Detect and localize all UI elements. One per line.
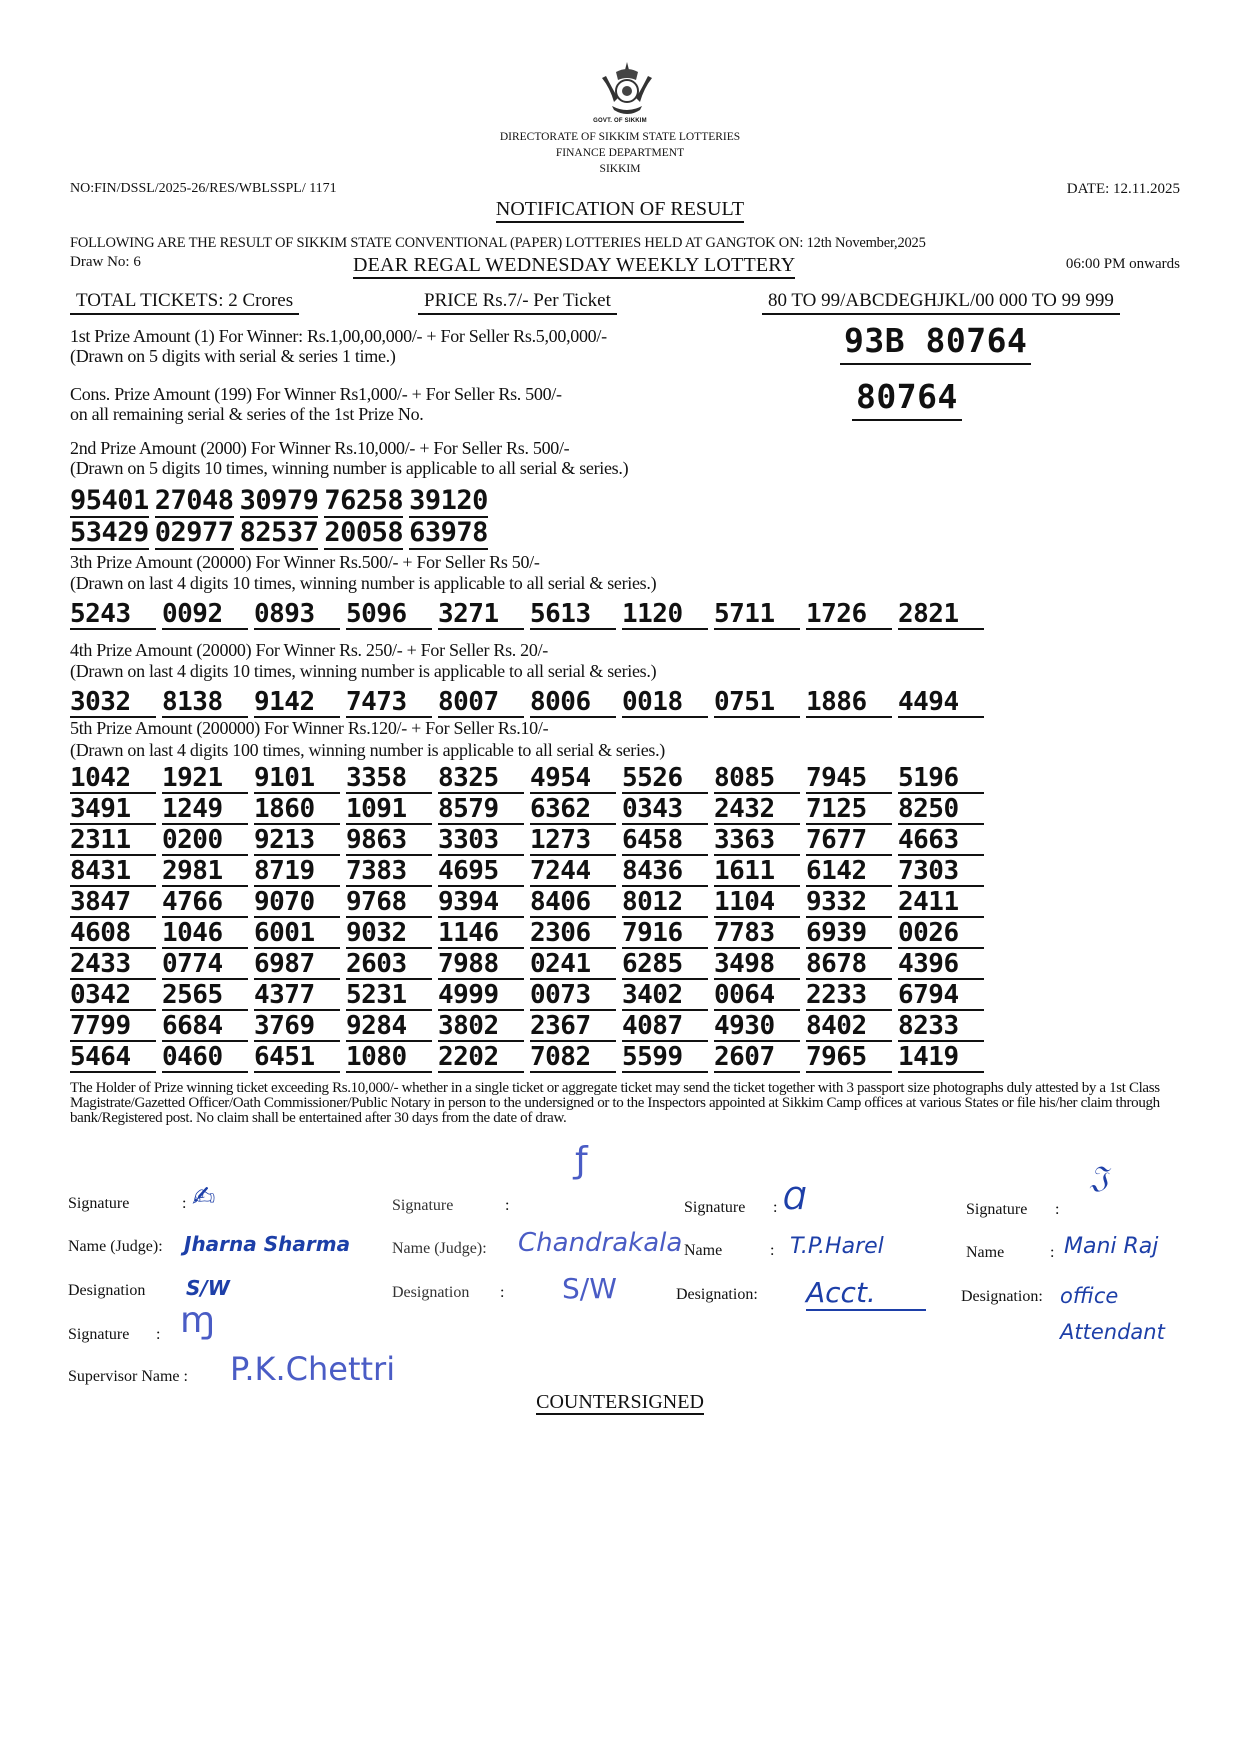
fourth-prize-note: (Drawn on last 4 digits 10 times, winnin… <box>70 661 656 681</box>
winning-number: 6458 <box>622 827 708 856</box>
winning-number: 0342 <box>70 982 156 1011</box>
winning-number: 7473 <box>346 689 432 718</box>
second-prize-row: 9540127048309797625839120 <box>70 487 488 518</box>
winning-number: 4608 <box>70 920 156 949</box>
winning-number: 8579 <box>438 796 524 825</box>
first-prize-number: 93B 80764 <box>840 322 1031 365</box>
signature-mark-2: ƒ <box>575 1140 588 1181</box>
winning-number: 8250 <box>898 796 984 825</box>
winning-number: 5243 <box>70 601 156 630</box>
name-value-3: T.P.Harel <box>790 1234 884 1259</box>
winning-number: 6001 <box>254 920 340 949</box>
winning-number: 1104 <box>714 889 800 918</box>
winning-number: 0751 <box>714 689 800 718</box>
winning-number: 4766 <box>162 889 248 918</box>
second-prize-desc: 2nd Prize Amount (2000) For Winner Rs.10… <box>70 438 569 458</box>
winning-number: 3363 <box>714 827 800 856</box>
winning-number: 6939 <box>806 920 892 949</box>
department: FINANCE DEPARTMENT <box>0 147 1240 159</box>
winning-number: 8431 <box>70 858 156 887</box>
cons-prize-number: 80764 <box>852 378 962 421</box>
winning-number: 0343 <box>622 796 708 825</box>
winning-number: 0073 <box>530 982 616 1011</box>
name-value-4: Mani Raj <box>1064 1234 1158 1259</box>
colon: : <box>1055 1201 1059 1219</box>
desig-label-2: Designation <box>392 1284 469 1302</box>
winning-number: 9284 <box>346 1013 432 1042</box>
winning-number: 6794 <box>898 982 984 1011</box>
signature-mark-1: ✍ <box>192 1180 215 1213</box>
first-prize-desc: 1st Prize Amount (1) For Winner: Rs.1,00… <box>70 326 607 346</box>
winning-number: 39120 <box>409 487 488 518</box>
reference-number: NO:FIN/DSSL/2025-26/RES/WBLSSPL/ 1171 <box>70 181 337 197</box>
sig-label-3: Signature <box>684 1199 745 1217</box>
winning-number: 1611 <box>714 858 800 887</box>
lottery-name: DEAR REGAL WEDNESDAY WEEKLY LOTTERY <box>353 253 795 279</box>
winning-number: 2202 <box>438 1044 524 1073</box>
winning-number: 3847 <box>70 889 156 918</box>
colon: : <box>182 1195 186 1213</box>
cons-prize-desc: Cons. Prize Amount (199) For Winner Rs1,… <box>70 384 562 404</box>
winning-number: 2233 <box>806 982 892 1011</box>
winning-number: 8012 <box>622 889 708 918</box>
name-value-1: Jharna Sharma <box>184 1232 350 1256</box>
winning-number: 63978 <box>409 519 488 550</box>
winning-number: 30979 <box>240 487 319 518</box>
desig-value-4: office Attendant <box>1060 1278 1190 1350</box>
winning-number: 8325 <box>438 765 524 794</box>
claim-note: The Holder of Prize winning ticket excee… <box>70 1081 1180 1126</box>
winning-number: 1249 <box>162 796 248 825</box>
winning-number: 1146 <box>438 920 524 949</box>
winning-number: 3769 <box>254 1013 340 1042</box>
govt-label: GOVT. OF SIKKIM <box>0 118 1240 124</box>
winning-number: 2603 <box>346 951 432 980</box>
winning-number: 1120 <box>622 601 708 630</box>
winning-number: 6987 <box>254 951 340 980</box>
draw-info: FOLLOWING ARE THE RESULT OF SIKKIM STATE… <box>70 235 926 252</box>
winning-number: 2607 <box>714 1044 800 1073</box>
supervisor-name-value: P.K.Chettri <box>230 1350 395 1388</box>
winning-number: 1726 <box>806 601 892 630</box>
desig-value-1: S/W <box>186 1276 230 1300</box>
winning-number: 0460 <box>162 1044 248 1073</box>
winning-number: 4999 <box>438 982 524 1011</box>
fifth-prize-grid: 1042192191013358832549545526808579455196… <box>70 765 984 1073</box>
winning-number: 3303 <box>438 827 524 856</box>
winning-number: 5613 <box>530 601 616 630</box>
winning-number: 1042 <box>70 765 156 794</box>
winning-number: 4396 <box>898 951 984 980</box>
winning-number: 8719 <box>254 858 340 887</box>
winning-number: 2565 <box>162 982 248 1011</box>
sig-label-2: Signature <box>392 1197 453 1215</box>
winning-number: 5526 <box>622 765 708 794</box>
series-range: 80 TO 99/ABCDEGHJKL/00 000 TO 99 999 <box>762 289 1120 315</box>
winning-number: 8085 <box>714 765 800 794</box>
winning-number: 4930 <box>714 1013 800 1042</box>
winning-number: 9332 <box>806 889 892 918</box>
winning-number: 7945 <box>806 765 892 794</box>
winning-number: 2981 <box>162 858 248 887</box>
winning-number: 7916 <box>622 920 708 949</box>
winning-number: 6285 <box>622 951 708 980</box>
winning-number: 5464 <box>70 1044 156 1073</box>
colon: : <box>773 1199 777 1217</box>
winning-number: 7244 <box>530 858 616 887</box>
winning-number: 53429 <box>70 519 149 550</box>
fifth-prize-note: (Drawn on last 4 digits 100 times, winni… <box>70 740 665 760</box>
winning-number: 8233 <box>898 1013 984 1042</box>
colon: : <box>505 1197 509 1215</box>
third-prize-row: 5243009208935096327156131120571117262821 <box>70 601 984 630</box>
winning-number: 3402 <box>622 982 708 1011</box>
winning-number: 3491 <box>70 796 156 825</box>
colon: : <box>770 1242 774 1260</box>
winning-number: 9863 <box>346 827 432 856</box>
winning-number: 1419 <box>898 1044 984 1073</box>
winning-number: 0200 <box>162 827 248 856</box>
winning-number: 9070 <box>254 889 340 918</box>
supervisor-name-label: Supervisor Name : <box>68 1368 188 1386</box>
winning-number: 9101 <box>254 765 340 794</box>
ticket-price: PRICE Rs.7/- Per Ticket <box>418 289 617 315</box>
winning-number: 1860 <box>254 796 340 825</box>
winning-number: 7783 <box>714 920 800 949</box>
winning-number: 4494 <box>898 689 984 718</box>
winning-number: 8007 <box>438 689 524 718</box>
winning-number: 5096 <box>346 601 432 630</box>
winning-number: 02977 <box>155 519 234 550</box>
winning-number: 1273 <box>530 827 616 856</box>
third-prize-note: (Drawn on last 4 digits 10 times, winnin… <box>70 573 656 593</box>
winning-number: 4087 <box>622 1013 708 1042</box>
total-tickets: TOTAL TICKETS: 2 Crores <box>70 289 299 315</box>
winning-number: 1091 <box>346 796 432 825</box>
winning-number: 7383 <box>346 858 432 887</box>
winning-number: 0893 <box>254 601 340 630</box>
winning-number: 5196 <box>898 765 984 794</box>
colon: : <box>1050 1244 1054 1262</box>
second-prize-note: (Drawn on 5 digits 10 times, winning num… <box>70 458 628 478</box>
desig-label-1: Designation <box>68 1282 145 1300</box>
winning-number: 1046 <box>162 920 248 949</box>
winning-number: 8678 <box>806 951 892 980</box>
winning-number: 7677 <box>806 827 892 856</box>
sig-label-4: Signature <box>966 1201 1027 1219</box>
desig-value-2: S/W <box>562 1272 617 1305</box>
winning-number: 3032 <box>70 689 156 718</box>
state: SIKKIM <box>0 163 1240 175</box>
winning-number: 0241 <box>530 951 616 980</box>
name-value-2: Chandrakala <box>518 1228 682 1258</box>
page-title: NOTIFICATION OF RESULT <box>0 198 1240 221</box>
winning-number: 8436 <box>622 858 708 887</box>
winning-number: 8402 <box>806 1013 892 1042</box>
winning-number: 20058 <box>324 519 403 550</box>
winning-number: 2306 <box>530 920 616 949</box>
winning-number: 5711 <box>714 601 800 630</box>
winning-number: 9213 <box>254 827 340 856</box>
winning-number: 95401 <box>70 487 149 518</box>
winning-number: 9394 <box>438 889 524 918</box>
winning-number: 0026 <box>898 920 984 949</box>
winning-number: 0064 <box>714 982 800 1011</box>
winning-number: 8138 <box>162 689 248 718</box>
winning-number: 2411 <box>898 889 984 918</box>
winning-number: 2433 <box>70 951 156 980</box>
winning-number: 1921 <box>162 765 248 794</box>
second-prize-row: 5342902977825372005863978 <box>70 519 488 550</box>
winning-number: 2821 <box>898 601 984 630</box>
winning-number: 7799 <box>70 1013 156 1042</box>
winning-number: 9768 <box>346 889 432 918</box>
winning-number: 4695 <box>438 858 524 887</box>
desig-label-4: Designation: <box>961 1288 1043 1306</box>
winning-number: 6451 <box>254 1044 340 1073</box>
name-label-1: Name (Judge): <box>68 1238 163 1256</box>
sikkim-emblem-icon <box>596 58 658 120</box>
draw-number: Draw No: 6 <box>70 254 141 271</box>
winning-number: 5231 <box>346 982 432 1011</box>
winning-number: 4954 <box>530 765 616 794</box>
winning-number: 9032 <box>346 920 432 949</box>
winning-number: 7988 <box>438 951 524 980</box>
colon: : <box>156 1326 160 1344</box>
name-label-3: Name <box>684 1242 722 1260</box>
winning-number: 4377 <box>254 982 340 1011</box>
winning-number: 2367 <box>530 1013 616 1042</box>
winning-number: 0018 <box>622 689 708 718</box>
winning-number: 3802 <box>438 1013 524 1042</box>
winning-number: 5599 <box>622 1044 708 1073</box>
signature-mark-3: Ɑ <box>783 1182 806 1217</box>
first-prize-note: (Drawn on 5 digits with serial & series … <box>70 346 396 366</box>
winning-number: 0092 <box>162 601 248 630</box>
winning-number: 7125 <box>806 796 892 825</box>
third-prize-desc: 3th Prize Amount (20000) For Winner Rs.5… <box>70 552 540 572</box>
winning-number: 0774 <box>162 951 248 980</box>
colon: : <box>500 1284 504 1302</box>
winning-number: 27048 <box>155 487 234 518</box>
name-label-2: Name (Judge): <box>392 1240 487 1258</box>
winning-number: 3498 <box>714 951 800 980</box>
countersigned-label: COUNTERSIGNED <box>0 1391 1240 1414</box>
signature-mark-4: 𝔍 <box>1090 1160 1108 1195</box>
winning-number: 2432 <box>714 796 800 825</box>
fourth-prize-desc: 4th Prize Amount (20000) For Winner Rs. … <box>70 640 548 660</box>
draw-time: 06:00 PM onwards <box>1066 256 1180 273</box>
directorate: DIRECTORATE OF SIKKIM STATE LOTTERIES <box>0 131 1240 143</box>
winning-number: 1080 <box>346 1044 432 1073</box>
winning-number: 7082 <box>530 1044 616 1073</box>
winning-number: 8006 <box>530 689 616 718</box>
supervisor-signature-mark: ɱ <box>180 1300 215 1341</box>
winning-number: 2311 <box>70 827 156 856</box>
winning-number: 7965 <box>806 1044 892 1073</box>
winning-number: 1886 <box>806 689 892 718</box>
sig-label-1: Signature <box>68 1195 129 1213</box>
winning-number: 3358 <box>346 765 432 794</box>
winning-number: 6142 <box>806 858 892 887</box>
winning-number: 7303 <box>898 858 984 887</box>
winning-number: 9142 <box>254 689 340 718</box>
cons-prize-note: on all remaining serial & series of the … <box>70 404 424 424</box>
winning-number: 3271 <box>438 601 524 630</box>
name-label-4: Name <box>966 1244 1004 1262</box>
desig-label-3: Designation: <box>676 1286 758 1304</box>
supervisor-sig-label: Signature <box>68 1326 129 1344</box>
fifth-prize-desc: 5th Prize Amount (200000) For Winner Rs.… <box>70 718 548 738</box>
winning-number: 76258 <box>324 487 403 518</box>
winning-number: 6362 <box>530 796 616 825</box>
desig-value-3: Acct. <box>806 1276 926 1311</box>
winning-number: 6684 <box>162 1013 248 1042</box>
fourth-prize-row: 3032813891427473800780060018075118864494 <box>70 689 984 718</box>
notification-date: DATE: 12.11.2025 <box>1067 181 1180 198</box>
winning-number: 82537 <box>240 519 319 550</box>
winning-number: 8406 <box>530 889 616 918</box>
winning-number: 4663 <box>898 827 984 856</box>
